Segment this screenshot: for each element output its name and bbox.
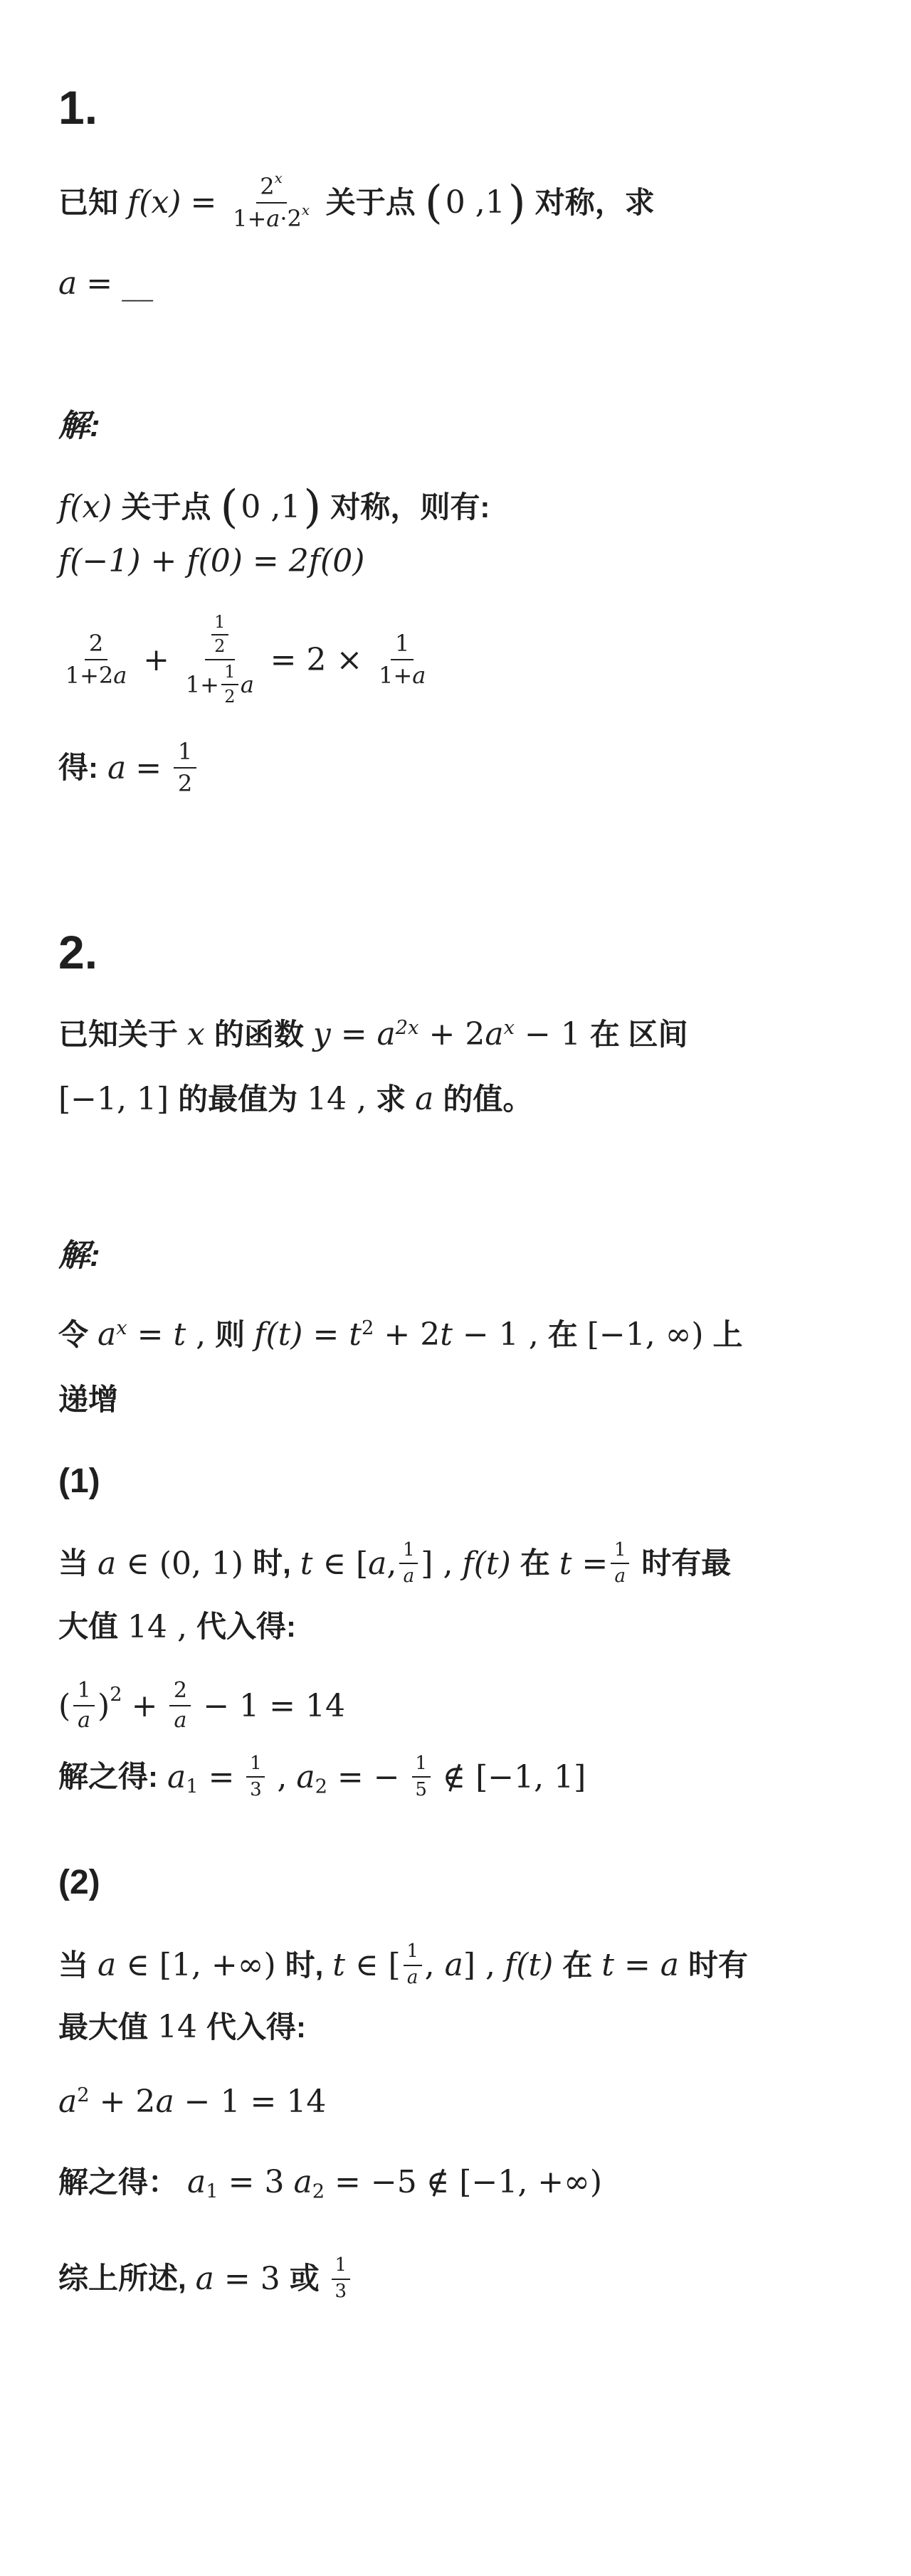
math-run: 1 — [415, 1753, 427, 1775]
math-group: (1a)2 — [58, 1679, 122, 1733]
denominator: a — [611, 1564, 629, 1587]
math-run: ∈ [ — [312, 1544, 368, 1583]
denominator: 1+a·2x — [228, 204, 313, 232]
cn-text-run: 在 区间 — [590, 1016, 688, 1054]
math-run: a — [404, 1566, 415, 1588]
cn-text-run: 时有 — [688, 1947, 748, 1985]
subscript: 2 — [315, 1775, 327, 1799]
math-run: a — [98, 1947, 116, 1983]
fraction: 1 1+a — [374, 630, 430, 689]
part-1-label: (1) — [58, 1463, 840, 1501]
superscript: 2 — [77, 2084, 89, 2108]
subscript: 1 — [206, 2180, 218, 2205]
cn-text-run: 或 — [290, 2260, 320, 2298]
math-run: t = — [559, 1544, 609, 1583]
math-run: 1 — [335, 2255, 347, 2276]
denominator: a — [74, 1706, 95, 1733]
fraction: 2a — [169, 1679, 191, 1733]
case-2-result: 解之得： a1 = 3 a2 = −5 ∉ [−1, +∞) — [58, 2163, 840, 2202]
math-run: a — [167, 1759, 186, 1795]
case-1-line-2: 大值 14 , 代入得: — [58, 1608, 840, 1647]
math-run: t = a — [601, 1946, 679, 1985]
point-group: (0 ,1) — [425, 180, 526, 226]
big-paren-close: ) — [508, 180, 526, 226]
math-run: + 2 — [90, 2084, 156, 2120]
cn-text-run: 最大值 — [58, 2009, 148, 2047]
math-run: 1+ — [379, 663, 412, 689]
math-run: 3 — [250, 1780, 262, 1801]
cn-text-run: 令 — [58, 1316, 88, 1354]
math-run: − 1 = 14 — [174, 2084, 327, 2120]
denominator: 2 — [174, 769, 196, 797]
math-run: t — [300, 1544, 313, 1583]
math-group: a ∈ (0, 1) — [98, 1544, 243, 1583]
math-run: a — [296, 1759, 315, 1795]
cn-text-run: 解之得: — [58, 1758, 158, 1796]
math-run: a — [485, 1016, 503, 1052]
problem-2-heading: 2. — [58, 929, 840, 976]
math-run: = 3 — [218, 2164, 285, 2200]
math-run: 2 — [89, 630, 103, 657]
cn-text-run: 在 — [562, 1947, 592, 1985]
fraction: 1 2 — [211, 613, 228, 657]
math-group: a1 = — [167, 1758, 234, 1797]
math-run: 0 ,1 — [443, 183, 508, 222]
solution-1-line-1: f(x) 关于点 (0 ,1) 对称，则有: — [58, 485, 840, 530]
solution-2-line-1: 令 ax = t , 则 f(t) = t2 + 2t − 1 , 在 [−1,… — [58, 1315, 840, 1354]
math-run: = − — [327, 1759, 400, 1795]
denominator: 5 — [412, 1778, 431, 1800]
math-group: t ∈ [a,1a] , — [300, 1540, 453, 1588]
math-run: x — [187, 1015, 205, 1054]
math-run: a — [415, 1080, 433, 1119]
big-paren-open: ( — [425, 180, 443, 226]
math-run: = 2 × — [270, 640, 363, 680]
plus-sign: + — [143, 640, 169, 680]
denominator: 2 — [211, 635, 228, 657]
result-line: 得: a = 1 2 — [58, 739, 840, 797]
math-run: 14 , — [307, 1080, 367, 1119]
denominator: a — [404, 1966, 421, 1989]
numerator: 1 — [332, 2255, 350, 2279]
cn-text-run: 上 — [713, 1316, 743, 1354]
math-run: 1 — [614, 1540, 626, 1561]
superscript: x — [116, 1316, 127, 1341]
superscript: x — [504, 1016, 515, 1040]
cn-text-run: 当 — [58, 1545, 88, 1583]
numerator: 2x — [256, 174, 287, 204]
cn-text-run: 关于点 — [121, 489, 211, 527]
fraction: 1 2 — [221, 663, 238, 707]
cn-text-run: 得: — [58, 749, 98, 787]
math-group: a = 3 — [196, 2259, 280, 2298]
cn-text-run: 已知关于 — [58, 1016, 178, 1054]
paren-close: ) — [98, 1686, 110, 1726]
superscript: 2 — [110, 1683, 122, 1707]
math-run: a — [241, 672, 254, 698]
numerator: 1 — [246, 1753, 265, 1778]
problem-2-section: 2. 已知关于 x 的函数 y = a2x + 2ax − 1 在 区间 [−1… — [58, 929, 840, 2303]
math-run: = — [199, 1759, 235, 1795]
math-run: a — [174, 1709, 186, 1733]
math-run: 2 — [224, 687, 235, 707]
solution-2-line-2: 递增 — [58, 1381, 840, 1419]
numerator: 1 — [73, 1679, 95, 1707]
cn-text-run: 代入得: — [196, 1608, 296, 1646]
math-run: 1 — [214, 613, 225, 633]
math-run: a — [412, 663, 426, 689]
math-run: , — [425, 1946, 445, 1985]
denominator: a — [400, 1564, 418, 1587]
math-run: a — [107, 749, 126, 788]
denominator: 1+2a — [61, 660, 131, 689]
cn-text-run: 递增 — [58, 1381, 118, 1419]
paren-open: ( — [58, 1686, 70, 1726]
fraction: 15 — [412, 1753, 431, 1801]
math-run: − 1 — [515, 1016, 581, 1052]
math-run: f(x) — [127, 183, 181, 222]
conclusion-line: 综上所述, a = 3 或 13 — [58, 2255, 840, 2303]
problem-1-heading: 1. — [58, 84, 840, 131]
numerator: 2 — [85, 630, 107, 660]
equation-line: f(−1) + f(0) = 2f(0) — [58, 542, 840, 581]
cn-text-run: 在 — [548, 1316, 578, 1354]
math-run: 1 — [403, 1540, 415, 1561]
math-run: 1 — [406, 1941, 418, 1963]
interval-run: [−1, 1] — [58, 1080, 169, 1119]
math-run: , — [386, 1544, 396, 1583]
math-run: + 2 — [419, 1016, 485, 1052]
problem-2-statement-line-1: 已知关于 x 的函数 y = a2x + 2ax − 1 在 区间 — [58, 1015, 840, 1054]
case-2-equation: a2 + 2a − 1 = 14 — [58, 2082, 840, 2121]
fraction: 1a — [73, 1679, 95, 1733]
math-run: 3 — [335, 2281, 347, 2303]
problem-2-statement-line-2: [−1, 1] 的最值为 14 , 求 a 的值。 — [58, 1080, 840, 1119]
numerator: 1 — [211, 613, 228, 635]
numerator: 1 — [391, 630, 414, 660]
math-run: ∈ [1, +∞) — [116, 1947, 275, 1983]
answer-blank: __ — [122, 264, 153, 303]
math-group: a2 = − — [296, 1758, 399, 1797]
math-run: a — [293, 2164, 312, 2200]
math-group: t =1a — [559, 1540, 632, 1588]
numerator: 1 — [404, 1941, 422, 1965]
cn-text-run: 时有最 — [641, 1545, 731, 1583]
cn-text-run: 关于点 — [326, 184, 416, 222]
case-1-equation: (1a)2 + 2a − 1 = 14 — [58, 1679, 840, 1733]
fraction: 1 2 — [174, 739, 196, 797]
math-run: 2 — [178, 771, 192, 797]
math-group: a ∈ [1, +∞) — [98, 1946, 276, 1985]
cn-text-run: 对称，则有: — [330, 489, 490, 527]
math-run: t — [440, 1316, 453, 1353]
math-run: − 1 = 14 — [203, 1686, 345, 1726]
math-run: 1 — [224, 663, 235, 682]
math-run: f(t) — [462, 1544, 510, 1583]
denominator: 1+ 1 2 a — [181, 660, 258, 707]
math-run: a — [113, 663, 127, 689]
cn-text-run: 时, — [285, 1947, 324, 1985]
math-run: 1+2 — [65, 663, 114, 689]
denominator: a — [170, 1706, 191, 1733]
cn-text-run: 大值 — [58, 1608, 118, 1646]
big-paren-open: ( — [220, 485, 238, 530]
math-run: a — [58, 2084, 77, 2120]
case-1-line-1: 当 a ∈ (0, 1) 时, t ∈ [a,1a] , f(t) 在 t =1… — [58, 1540, 840, 1588]
denominator: 1+a — [374, 660, 430, 689]
fraction: 2x 1+a·2x — [228, 174, 313, 232]
fraction: 1a — [399, 1540, 418, 1588]
denominator: 3 — [332, 2280, 350, 2303]
math-run: 1 — [178, 739, 192, 765]
math-run: + 2 — [374, 1316, 440, 1353]
not-element-run: ∉ [−1, 1] — [443, 1758, 586, 1797]
math-run: ∈ [ — [345, 1946, 401, 1985]
cn-text-run: 在 — [520, 1545, 550, 1583]
cn-text-run: 的最值为 — [178, 1081, 297, 1119]
math-run: ] , — [463, 1946, 495, 1985]
cn-text-run: 当 — [58, 1947, 88, 1985]
numerator: 1 — [399, 1540, 418, 1564]
superscript: 2x — [396, 1016, 419, 1040]
cn-text-run: 的值。 — [443, 1081, 532, 1119]
math-run: 5 — [415, 1780, 427, 1801]
numerator: 2 — [169, 1679, 191, 1707]
math-run: 1 — [78, 1679, 91, 1704]
cn-text-run: 已知 — [58, 184, 118, 222]
cn-text-run: 求 — [376, 1081, 406, 1119]
solution-label-line: 解: — [58, 406, 840, 445]
case-2-line-2: 最大值 14 代入得: — [58, 2007, 840, 2047]
fraction: 13 — [332, 2255, 350, 2303]
math-group: a2 + 2a − 1 = 14 — [58, 2082, 326, 2121]
math-run: 2 — [214, 637, 225, 657]
numerator: 1 — [221, 663, 238, 685]
math-run: ∈ (0, 1) — [116, 1546, 243, 1582]
fraction: 13 — [246, 1753, 265, 1801]
cn-text-run: 解之得： — [58, 2164, 178, 2202]
problem-1-statement-line-1: 已知 f(x) = 2x 1+a·2x 关于点 (0 ,1) 对称，求 — [58, 174, 840, 232]
cn-text-run: 代入得: — [206, 2009, 306, 2047]
solution-label: 解: — [58, 406, 100, 445]
math-run: ] , — [421, 1544, 453, 1583]
problem-1-section: 1. 已知 f(x) = 2x 1+a·2x 关于点 (0 ,1) 对称，求 a… — [58, 84, 840, 797]
math-run: , — [186, 1316, 206, 1353]
case-1-result: 解之得: a1 = 13 , a2 = − 15 ∉ [−1, 1] — [58, 1753, 840, 1801]
math-run: f(−1) + f(0) = 2f(0) — [58, 542, 364, 581]
math-run: 1+ — [186, 672, 219, 698]
point-group: (0 ,1) — [220, 485, 321, 530]
math-run: t — [332, 1946, 345, 1985]
comma: , — [277, 1758, 287, 1797]
math-run: a — [615, 1566, 626, 1588]
math-run: 0 ,1 — [238, 487, 303, 527]
fraction: 1 2 1+ 1 2 a — [181, 613, 258, 707]
cn-text-run: 的函数 — [214, 1016, 304, 1054]
math-run: a — [407, 1968, 418, 1989]
math-run: a — [368, 1544, 386, 1583]
not-element-run: ∉ [−1, +∞) — [426, 2163, 602, 2202]
math-group: f(t) = t2 + 2t − 1 , — [254, 1315, 539, 1354]
interval-run: [−1, ∞) — [587, 1315, 704, 1354]
subscript: 2 — [312, 2180, 325, 2205]
page: 1. 已知 f(x) = 2x 1+a·2x 关于点 (0 ,1) 对称，求 a… — [0, 0, 911, 2576]
math-run: 1 — [395, 630, 409, 657]
cn-text-run: 对称，求 — [535, 184, 655, 222]
denominator: 2 — [221, 685, 238, 707]
fraction: 1a — [611, 1540, 629, 1588]
fraction: 2 1+2a — [61, 630, 131, 689]
cn-text-run: 则 — [215, 1316, 245, 1354]
superscript: 2 — [362, 1316, 374, 1341]
math-run: a — [445, 1946, 463, 1985]
denominator: 3 — [246, 1778, 265, 1800]
superscript: x — [302, 203, 310, 219]
math-run: f(t) — [505, 1946, 553, 1985]
math-run: 2 — [174, 1679, 187, 1704]
math-group: y = a2x + 2ax − 1 — [313, 1015, 581, 1054]
equals-sign: = — [190, 183, 216, 222]
math-run: = −5 — [325, 2164, 417, 2200]
math-run: a — [266, 206, 280, 232]
math-run: a — [196, 2261, 214, 2297]
math-run: 14 , — [127, 1608, 187, 1647]
math-run: = — [127, 1316, 174, 1353]
math-run: a — [187, 2164, 206, 2200]
case-2-line-1: 当 a ∈ [1, +∞) 时, t ∈ [1a, a] , f(t) 在 t … — [58, 1941, 840, 1989]
subscript: 1 — [186, 1775, 198, 1799]
numerator: 1 — [412, 1753, 431, 1778]
superscript: x — [275, 171, 283, 187]
math-run: a — [155, 2084, 174, 2120]
solution-label: 解: — [58, 1236, 100, 1275]
math-run: f(x) — [58, 487, 112, 527]
fraction: 1a — [404, 1941, 422, 1989]
math-run: a — [98, 1546, 116, 1582]
math-run: 2 — [260, 174, 274, 200]
equals-sign: = — [86, 264, 112, 303]
math-group: a1 = 3 — [187, 2163, 284, 2202]
problem-1-answer-line: a = __ — [58, 264, 840, 303]
cn-text-run: 综上所述, — [58, 2260, 186, 2298]
cn-text-run: 时, — [253, 1545, 291, 1583]
equation-line-fractions: 2 1+2a + 1 2 1+ 1 2 a — [58, 613, 840, 707]
equals-sign: = — [135, 749, 162, 788]
numerator: 1 — [174, 739, 196, 769]
math-run: − 1 , — [453, 1316, 539, 1353]
math-run: ·2 — [280, 206, 302, 232]
math-run: 1+ — [233, 206, 266, 232]
math-run: a — [58, 264, 77, 303]
math-group: ax = t , — [98, 1315, 206, 1354]
numerator: 1 — [611, 1540, 629, 1564]
math-run: 14 — [157, 2007, 197, 2047]
math-run: y = a — [313, 1016, 396, 1052]
math-run: 1 — [250, 1753, 262, 1775]
math-run: = 3 — [214, 2261, 280, 2297]
numerator: 1 2 — [205, 613, 234, 660]
math-group: a2 = −5 — [293, 2163, 416, 2202]
math-group: t ∈ [1a, a] , — [332, 1941, 495, 1989]
solution-label-line: 解: — [58, 1236, 840, 1275]
plus-sign: + — [132, 1686, 158, 1726]
part-2-label: (2) — [58, 1864, 840, 1902]
math-run: a — [98, 1316, 116, 1353]
math-run: t — [173, 1316, 186, 1353]
math-run: f(t) = t — [254, 1316, 362, 1353]
big-paren-close: ) — [303, 485, 321, 530]
math-run: a — [78, 1709, 90, 1733]
